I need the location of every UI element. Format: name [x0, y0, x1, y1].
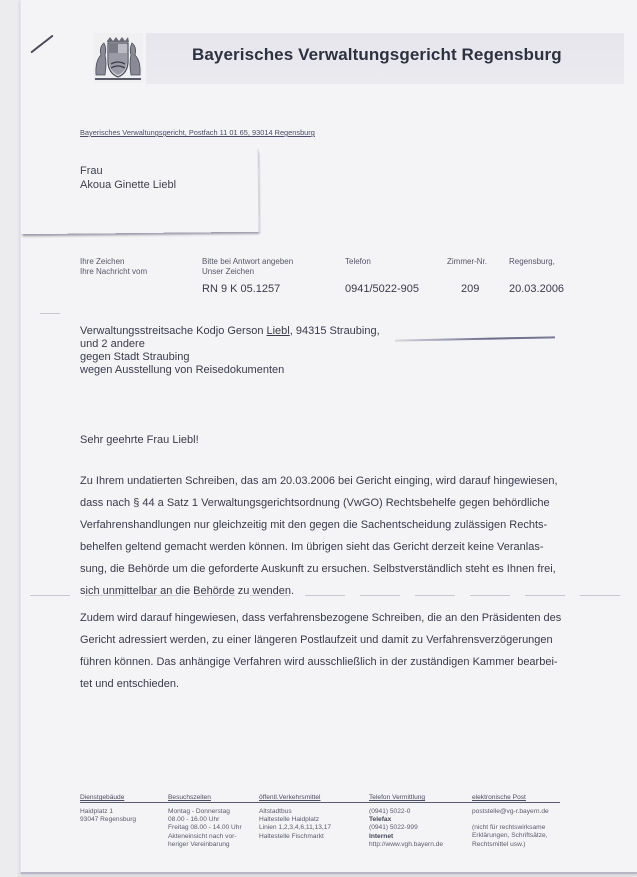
- subject-line-2: und 2 andere: [80, 338, 380, 351]
- party-name: Liebl: [267, 325, 290, 337]
- footer-transit: öffentl.Verkehrsmittel Altstadtbus Halte…: [259, 794, 331, 841]
- your-message-label: Ihre Nachricht vom: [80, 267, 147, 277]
- email-link[interactable]: poststelle@vg-r.bayern.de: [472, 808, 549, 816]
- subject-line-3: gegen Stadt Straubing: [80, 351, 380, 364]
- letter-salutation: Sehr geehrte Frau Liebl!: [80, 434, 199, 446]
- fold-line: [30, 595, 630, 596]
- letter-date: 20.03.2006: [509, 283, 564, 295]
- recipient-name: Akoua Ginette Liebl: [80, 178, 176, 192]
- room-value: 209: [461, 283, 479, 295]
- recipient-block: Frau Akoua Ginette Liebl: [80, 164, 176, 192]
- subject-line-4: wegen Ausstellung von Reisedokumenten: [80, 364, 380, 377]
- phone-value: 0941/5022-905: [345, 283, 419, 295]
- footer-hours: Besuchszeiten Montag - Donnerstag 08.00 …: [168, 794, 242, 849]
- scan-edge: [0, 0, 20, 877]
- footer-phone: Telefon Vermittlung (0941) 5022-0 Telefa…: [369, 794, 443, 849]
- room-label: Zimmer-Nr.: [447, 257, 487, 267]
- case-number: RN 9 K 05.1257: [202, 283, 280, 295]
- reply-note-label: Bitte bei Antwort angeben: [202, 257, 293, 267]
- fold-mark: [40, 313, 60, 314]
- subject-block: Verwaltungsstreitsache Kodjo Gerson Lieb…: [80, 325, 380, 377]
- court-name: Bayerisches Verwaltungsgericht Regensbur…: [192, 45, 562, 65]
- recipient-salutation: Frau: [80, 164, 176, 178]
- your-sign-label: Ihre Zeichen: [80, 257, 124, 267]
- place-label: Regensburg,: [509, 257, 555, 267]
- footer-building: Dienstgebäude Haidplatz 1 93047 Regensbu…: [80, 794, 136, 824]
- body-paragraph-2: Zudem wird darauf hingewiesen, dass verf…: [80, 607, 615, 695]
- website-link[interactable]: http://www.vgh.bayern.de: [369, 841, 443, 849]
- return-address: Bayerisches Verwaltungsgericht, Postfach…: [80, 128, 315, 137]
- coat-of-arms-icon: [93, 33, 143, 83]
- our-sign-label: Unser Zeichen: [202, 267, 254, 277]
- body-paragraph-1: Zu Ihrem undatierten Schreiben, das am 2…: [80, 470, 615, 602]
- subject-line-1: Verwaltungsstreitsache Kodjo Gerson Lieb…: [80, 325, 380, 338]
- footer-email: elektronische Post poststelle@vg-r.bayer…: [472, 794, 549, 849]
- phone-label: Telefon: [345, 257, 371, 267]
